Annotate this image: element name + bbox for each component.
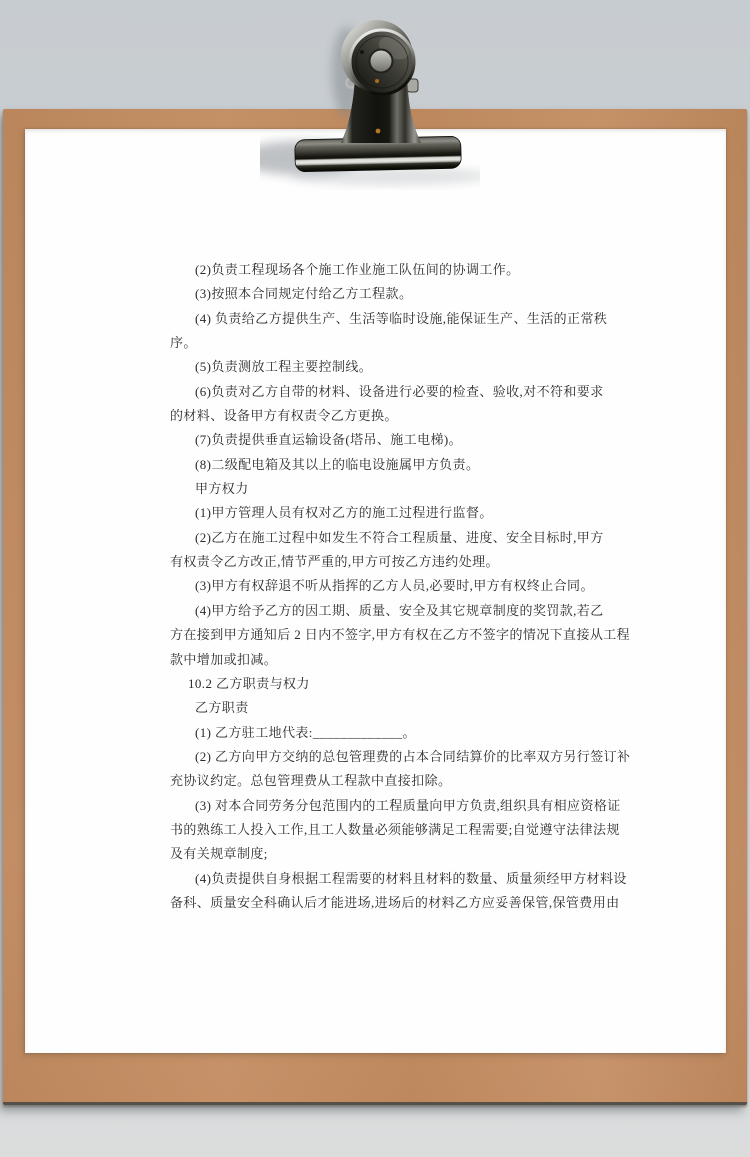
document-line: (3)甲方有权辞退不听从指挥的乙方人员,必要时,甲方有权终止合同。 [170, 574, 584, 598]
document-line: (6)负责对乙方自带的材料、设备进行必要的检查、验收,对不符和要求 [170, 380, 584, 404]
document-line-blank-field: (1) 乙方驻工地代表:_____________。 [170, 721, 584, 745]
document-line: 款中增加或扣减。 [170, 648, 584, 672]
document-line: (7)负责提供垂直运输设备(塔吊、施工电梯)。 [170, 428, 584, 452]
document-line: (4)甲方给予乙方的因工期、质量、安全及其它规章制度的奖罚款,若乙 [170, 599, 584, 623]
document-line: 方在接到甲方通知后 2 日内不签字,甲方有权在乙方不签字的情况下直接从工程 [170, 623, 584, 647]
document-line: 的材料、设备甲方有权责令乙方更换。 [170, 404, 584, 428]
document-line: (4)负责提供自身根据工程需要的材料且材料的数量、质量须经甲方材料设 [170, 867, 584, 891]
document-line: (3)按照本合同规定付给乙方工程款。 [170, 282, 584, 306]
document-line: (8)二级配电箱及其以上的临电设施属甲方负责。 [170, 453, 584, 477]
document-text-block: (2)负责工程现场各个施工作业施工队伍间的协调工作。 (3)按照本合同规定付给乙… [170, 258, 584, 915]
document-line: (3) 对本合同劳务分包范围内的工程质量向甲方负责,组织具有相应资格证 [170, 794, 584, 818]
document-line: 备科、质量安全科确认后才能进场,进场后的材料乙方应妥善保管,保管费用由 [170, 891, 584, 915]
clip-knob-hole [370, 50, 393, 73]
clip-neck-amber-dot [376, 129, 381, 134]
document-line: (2)乙方在施工过程中如发生不符合工程质量、进度、安全目标时,甲方 [170, 526, 584, 550]
binder-clip [260, 10, 480, 190]
document-line: (4) 负责给乙方提供生产、生活等临时设施,能保证生产、生活的正常秩 [170, 307, 584, 331]
document-heading-party-a-rights: 甲方权力 [170, 477, 584, 501]
clip-knob-screw-dot [360, 50, 364, 54]
clipboard-photo-page: { "scene": { "description": "Photograph … [0, 0, 750, 1157]
document-heading-party-b-duties: 乙方职责 [170, 696, 584, 720]
document-line: 序。 [170, 331, 584, 355]
document-line: (1)甲方管理人员有权对乙方的施工过程进行监督。 [170, 501, 584, 525]
document-line: 书的熟练工人投入工作,且工人数量必须能够满足工程需要;自觉遵守法律法规 [170, 818, 584, 842]
document-heading-section-10-2: 10.2 乙方职责与权力 [170, 672, 584, 696]
document-line: (2) 乙方向甲方交纳的总包管理费的占本合同结算价的比率双方另行签订补 [170, 745, 584, 769]
document-line: 有权责令乙方改正,情节严重的,甲方可按乙方违约处理。 [170, 550, 584, 574]
document-line: (2)负责工程现场各个施工作业施工队伍间的协调工作。 [170, 258, 584, 282]
document-line: (5)负责测放工程主要控制线。 [170, 355, 584, 379]
document-line: 充协议约定。总包管理费从工程款中直接扣除。 [170, 769, 584, 793]
clip-knob-amber-dot [375, 79, 379, 83]
document-line: 及有关规章制度; [170, 842, 584, 866]
